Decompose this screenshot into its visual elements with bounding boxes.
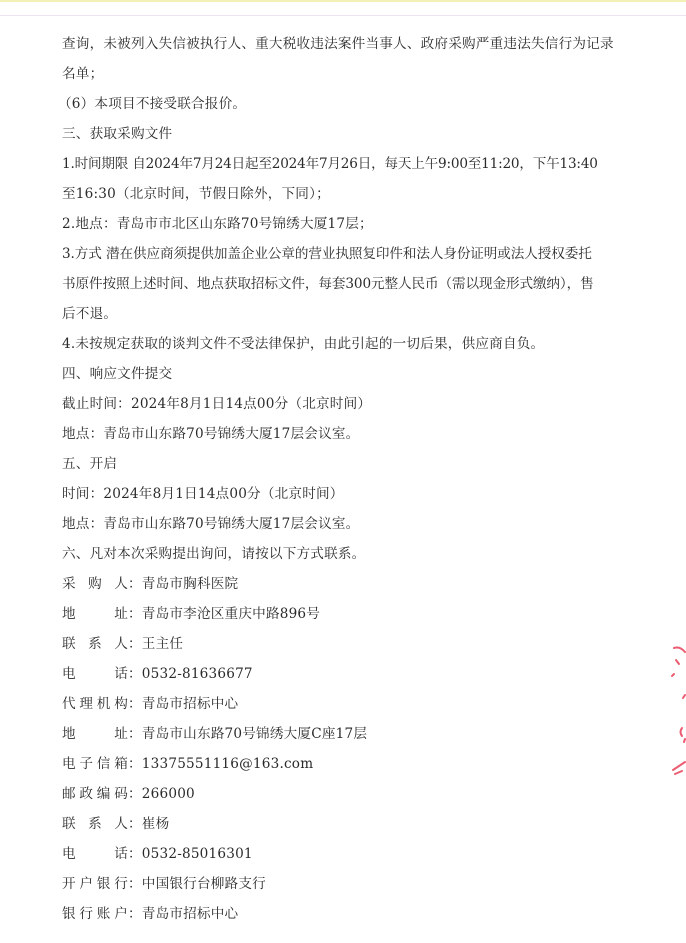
contact-sep: ： bbox=[128, 815, 142, 833]
text-line: 2.地点：青岛市市北区山东路70号锦绣大厦17层； bbox=[62, 215, 373, 233]
contact-value: 王主任 bbox=[142, 635, 183, 653]
contact-sep: ： bbox=[128, 665, 142, 683]
contact-sep: ： bbox=[128, 785, 142, 803]
contact-sep: ： bbox=[128, 725, 142, 743]
contact-sep: ： bbox=[128, 575, 142, 593]
section-heading: 六、凡对本次采购提出询问，请按以下方式联系。 bbox=[62, 545, 365, 563]
contact-label: 银行账户 bbox=[62, 905, 128, 923]
contact-value: 青岛市胸科医院 bbox=[142, 575, 239, 593]
contact-label: 采购人 bbox=[62, 575, 128, 593]
contact-value: 中国银行台柳路支行 bbox=[142, 875, 266, 893]
text-line: 地点：青岛市山东路70号锦绣大厦17层会议室。 bbox=[62, 425, 359, 443]
text-line: 地点：青岛市山东路70号锦绣大厦17层会议室。 bbox=[62, 515, 359, 533]
contact-value: 青岛市招标中心 bbox=[142, 905, 239, 923]
contact-sep: ： bbox=[128, 695, 142, 713]
scan-rule-line bbox=[0, 15, 686, 16]
contact-row: 地址：青岛市李沧区重庆中路896号 bbox=[62, 605, 320, 623]
contact-label: 联系人 bbox=[62, 815, 128, 833]
section-heading: 五、开启 bbox=[62, 455, 117, 473]
contact-label: 联系人 bbox=[62, 635, 128, 653]
section-heading: 四、响应文件提交 bbox=[62, 365, 172, 383]
contact-label: 电话 bbox=[62, 845, 128, 863]
contact-sep: ： bbox=[128, 605, 142, 623]
contact-value: 青岛市李沧区重庆中路896号 bbox=[142, 605, 320, 623]
contact-row: 电话：0532-81636677 bbox=[62, 665, 253, 683]
contact-value: 青岛市山东路70号锦绣大厦C座17层 bbox=[142, 725, 367, 743]
contact-label: 电话 bbox=[62, 665, 128, 683]
contact-row: 联系人：崔杨 bbox=[62, 815, 169, 833]
text-line: 4.未按规定获取的谈判文件不受法律保护，由此引起的一切后果，供应商自负。 bbox=[62, 335, 544, 353]
text-line: 后不退。 bbox=[62, 305, 117, 323]
contact-sep: ： bbox=[128, 845, 142, 863]
contact-value: 青岛市招标中心 bbox=[142, 695, 239, 713]
contact-sep: ： bbox=[128, 875, 142, 893]
contact-label: 地址 bbox=[62, 605, 128, 623]
text-line: 查询，未被列入失信被执行人、重大税收违法案件当事人、政府采购严重违法失信行为记录 bbox=[62, 35, 614, 53]
contact-sep: ： bbox=[128, 755, 142, 773]
contact-label: 电子信箱 bbox=[62, 755, 128, 773]
section-heading: 三、获取采购文件 bbox=[62, 125, 172, 143]
contact-row: 联系人：王主任 bbox=[62, 635, 183, 653]
contact-row: 电话：0532-85016301 bbox=[62, 845, 253, 863]
text-line: 1.时间期限 自2024年7月24日起至2024年7月26日，每天上午9:00至… bbox=[62, 155, 598, 173]
contact-row: 地址：青岛市山东路70号锦绣大厦C座17层 bbox=[62, 725, 367, 743]
contact-label: 邮政编码 bbox=[62, 785, 128, 803]
scan-top-edge bbox=[0, 0, 686, 2]
contact-label: 地址 bbox=[62, 725, 128, 743]
text-line: 截止时间：2024年8月1日14点00分（北京时间） bbox=[62, 395, 371, 413]
contact-value: 266000 bbox=[142, 785, 195, 803]
text-line: 3.方式 潜在供应商须提供加盖企业公章的营业执照复印件和法人身份证明或法人授权委… bbox=[62, 245, 592, 263]
contact-value: 0532-81636677 bbox=[142, 665, 253, 683]
contact-value: 崔杨 bbox=[142, 815, 170, 833]
contact-value: 0532-85016301 bbox=[142, 845, 253, 863]
text-line: 书原件按照上述时间、地点获取招标文件，每套300元整人民币（需以现金形式缴纳），… bbox=[62, 275, 594, 293]
text-line: 名单； bbox=[62, 65, 103, 83]
contact-row: 电子信箱：13375551116@163.com bbox=[62, 755, 313, 773]
text-line: 时间：2024年8月1日14点00分（北京时间） bbox=[62, 485, 344, 503]
contact-label: 代理机构 bbox=[62, 695, 128, 713]
contact-sep: ： bbox=[128, 905, 142, 923]
contact-row: 邮政编码：266000 bbox=[62, 785, 195, 803]
contact-value: 13375551116@163.com bbox=[142, 755, 314, 773]
contact-row: 银行账户：青岛市招标中心 bbox=[62, 905, 238, 923]
contact-row: 开户银行：中国银行台柳路支行 bbox=[62, 875, 266, 893]
contact-row: 代理机构：青岛市招标中心 bbox=[62, 695, 238, 713]
text-line: 至16:30（北京时间，节假日除外，下同）； bbox=[62, 185, 330, 203]
contact-sep: ： bbox=[128, 635, 142, 653]
text-line: （6）本项目不接受联合报价。 bbox=[58, 95, 246, 113]
contact-row: 采购人：青岛市胸科医院 bbox=[62, 575, 238, 593]
contact-label: 开户银行 bbox=[62, 875, 128, 893]
red-seal-stamp-icon bbox=[670, 640, 686, 790]
